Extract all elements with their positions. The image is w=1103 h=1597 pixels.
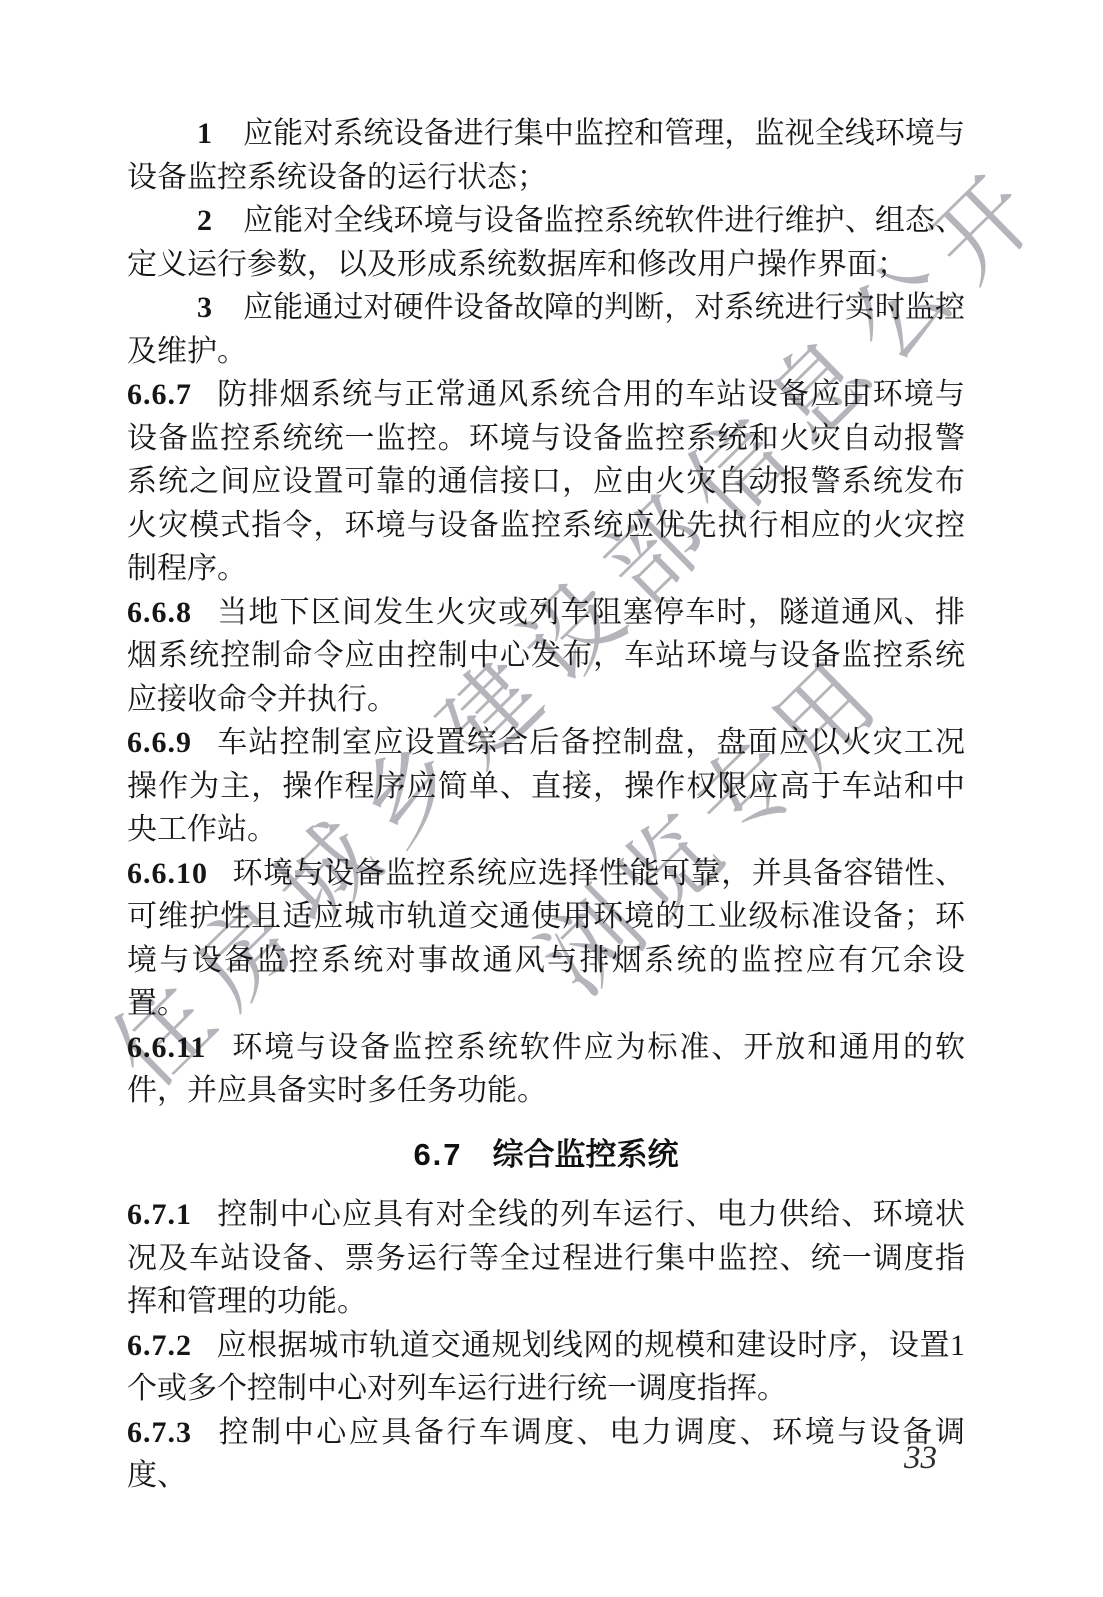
sub-item-2: 2应能对全线环境与设备监控系统软件进行维护、组态、定义运行参数，以及形成系统数据… — [127, 199, 965, 286]
clause-number: 6.6.7 — [127, 378, 216, 411]
sub-item-number: 2 — [197, 204, 243, 237]
clause-number: 6.7.1 — [127, 1198, 216, 1231]
sub-item-text: 应能对系统设备进行集中监控和管理，监视全线环境与设备监控系统设备的运行状态； — [127, 117, 965, 194]
clause-number: 6.7.2 — [127, 1329, 216, 1362]
sub-item-text: 应能对全线环境与设备监控系统软件进行维护、组态、定义运行参数，以及形成系统数据库… — [127, 204, 965, 281]
clause-6-6-8: 6.6.8当地下区间发生火灾或列车阻塞停车时，隧道通风、排烟系统控制命令应由控制… — [127, 591, 965, 722]
clause-number: 6.7.3 — [127, 1416, 216, 1449]
clause-number: 6.6.8 — [127, 596, 216, 629]
clause-text: 应根据城市轨道交通规划线网的规模和建设时序，设置1 个或多个控制中心对列车运行进… — [127, 1329, 965, 1406]
section-title: 综合监控系统 — [493, 1137, 679, 1172]
page-number: 33 — [904, 1440, 937, 1477]
document-body: 1应能对系统设备进行集中监控和管理，监视全线环境与设备监控系统设备的运行状态； … — [127, 112, 965, 1498]
clause-number: 6.6.9 — [127, 726, 216, 759]
clause-text: 车站控制室应设置综合后备控制盘，盘面应以火灾工况操作为主，操作程序应简单、直接，… — [127, 726, 965, 846]
clause-text: 控制中心应具备行车调度、电力调度、环境与设备调度、 — [127, 1416, 965, 1493]
clause-text: 防排烟系统与正常通风系统合用的车站设备应由环境与设备监控系统统一监控。环境与设备… — [127, 378, 965, 585]
section-number: 6.7 — [413, 1137, 492, 1172]
clause-6-7-3: 6.7.3控制中心应具备行车调度、电力调度、环境与设备调度、 — [127, 1411, 965, 1498]
clause-text: 当地下区间发生火灾或列车阻塞停车时，隧道通风、排烟系统控制命令应由控制中心发布，… — [127, 596, 965, 716]
clause-text: 控制中心应具有对全线的列车运行、电力供给、环境状况及车站设备、票务运行等全过程进… — [127, 1198, 965, 1318]
document-page: 住房城乡建设部信息公开 浏览专用 1应能对系统设备进行集中监控和管理，监视全线环… — [0, 0, 1103, 1597]
clause-6-7-2: 6.7.2应根据城市轨道交通规划线网的规模和建设时序，设置1 个或多个控制中心对… — [127, 1324, 965, 1411]
clause-6-6-11: 6.6.11环境与设备监控系统软件应为标准、开放和通用的软件，并应具备实时多任务… — [127, 1026, 965, 1113]
sub-item-number: 3 — [197, 291, 243, 324]
clause-6-7-1: 6.7.1控制中心应具有对全线的列车运行、电力供给、环境状况及车站设备、票务运行… — [127, 1193, 965, 1324]
sub-item-3: 3应能通过对硬件设备故障的判断，对系统进行实时监控及维护。 — [127, 286, 965, 373]
clause-text: 环境与设备监控系统软件应为标准、开放和通用的软件，并应具备实时多任务功能。 — [127, 1031, 965, 1108]
clause-number: 6.6.11 — [127, 1031, 230, 1064]
clause-6-6-9: 6.6.9车站控制室应设置综合后备控制盘，盘面应以火灾工况操作为主，操作程序应简… — [127, 721, 965, 852]
clause-6-6-7: 6.6.7防排烟系统与正常通风系统合用的车站设备应由环境与设备监控系统统一监控。… — [127, 373, 965, 591]
clause-number: 6.6.10 — [127, 857, 232, 890]
sub-item-text: 应能通过对硬件设备故障的判断，对系统进行实时监控及维护。 — [127, 291, 965, 368]
clause-6-6-10: 6.6.10环境与设备监控系统应选择性能可靠，并具备容错性、可维护性且适应城市轨… — [127, 852, 965, 1026]
sub-item-number: 1 — [197, 117, 243, 150]
clause-text: 环境与设备监控系统应选择性能可靠，并具备容错性、可维护性且适应城市轨道交通使用环… — [127, 857, 965, 1021]
section-heading-6-7: 6.7综合监控系统 — [127, 1133, 965, 1177]
sub-item-1: 1应能对系统设备进行集中监控和管理，监视全线环境与设备监控系统设备的运行状态； — [127, 112, 965, 199]
